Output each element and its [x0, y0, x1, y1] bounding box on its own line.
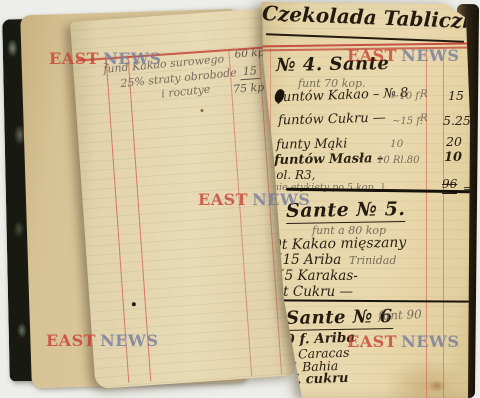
- recipe-row-item: funtów Kakao – № 8: [278, 86, 409, 106]
- ink-speck: [132, 302, 136, 306]
- watermark-east-news: EASTNEWS: [49, 49, 161, 68]
- watermark-news: NEWS: [401, 46, 459, 65]
- photo-canvas: fund Kakao surowego 60 kp 25% straty obr…: [0, 0, 480, 398]
- row-note: 10 Rl.80: [377, 155, 420, 166]
- row-note: ~10 f.: [391, 91, 422, 102]
- watermark-east-news: EASTNEWS: [347, 332, 459, 351]
- watermark-news: NEWS: [252, 190, 310, 209]
- red-column-rule: [228, 49, 252, 376]
- recipe-row-item: {5 Karakas-: [276, 268, 358, 284]
- stain-speck: [200, 109, 203, 112]
- row-note: Trinidad: [349, 254, 396, 267]
- recipe-row-item: funty Mąki: [276, 136, 348, 152]
- row-note: 10: [390, 138, 403, 150]
- row-note: ~15 f.: [392, 116, 423, 127]
- handwritten-amount: 60 kp: [234, 47, 265, 61]
- watermark-east: EAST: [198, 190, 248, 209]
- title-underline: [266, 33, 464, 42]
- row-mark: R: [420, 113, 428, 124]
- handwritten-amount: 15: [239, 64, 260, 80]
- watermark-east: EAST: [46, 331, 96, 350]
- stain: [428, 380, 446, 392]
- section-divider-line: [272, 299, 472, 303]
- heading-underline: Sante № 6: [286, 306, 393, 331]
- watermark-news: NEWS: [100, 331, 158, 350]
- watermark-news: NEWS: [401, 332, 459, 351]
- watermark-news: NEWS: [103, 49, 161, 68]
- watermark-east: EAST: [347, 46, 397, 65]
- recipe-row-item: {15 Ariba: [274, 252, 341, 268]
- row-mark: R: [420, 89, 428, 100]
- row-amount: 10: [444, 150, 462, 165]
- watermark-east-news: EASTNEWS: [198, 190, 310, 209]
- recipe-row-item: 10t Kakao mięszany: [264, 235, 407, 253]
- price-note: funt 90: [378, 307, 422, 323]
- recipe-row-item: funtów Masła –: [274, 151, 384, 168]
- handwritten-amount: 75 kp: [233, 81, 265, 96]
- watermark-east-news: EASTNEWS: [347, 46, 459, 65]
- row-amount: 15: [448, 88, 464, 103]
- row-amount: 20: [446, 134, 462, 149]
- watermark-east: EAST: [49, 49, 99, 68]
- section-heading: Sante № 6: [286, 306, 393, 329]
- recipe-title: Czekolada Tabliczkowa: [262, 1, 480, 35]
- recipe-row-item: funtów Cukru —: [278, 111, 386, 129]
- watermark-east: EAST: [347, 332, 397, 351]
- watermark-east-news: EASTNEWS: [46, 331, 158, 350]
